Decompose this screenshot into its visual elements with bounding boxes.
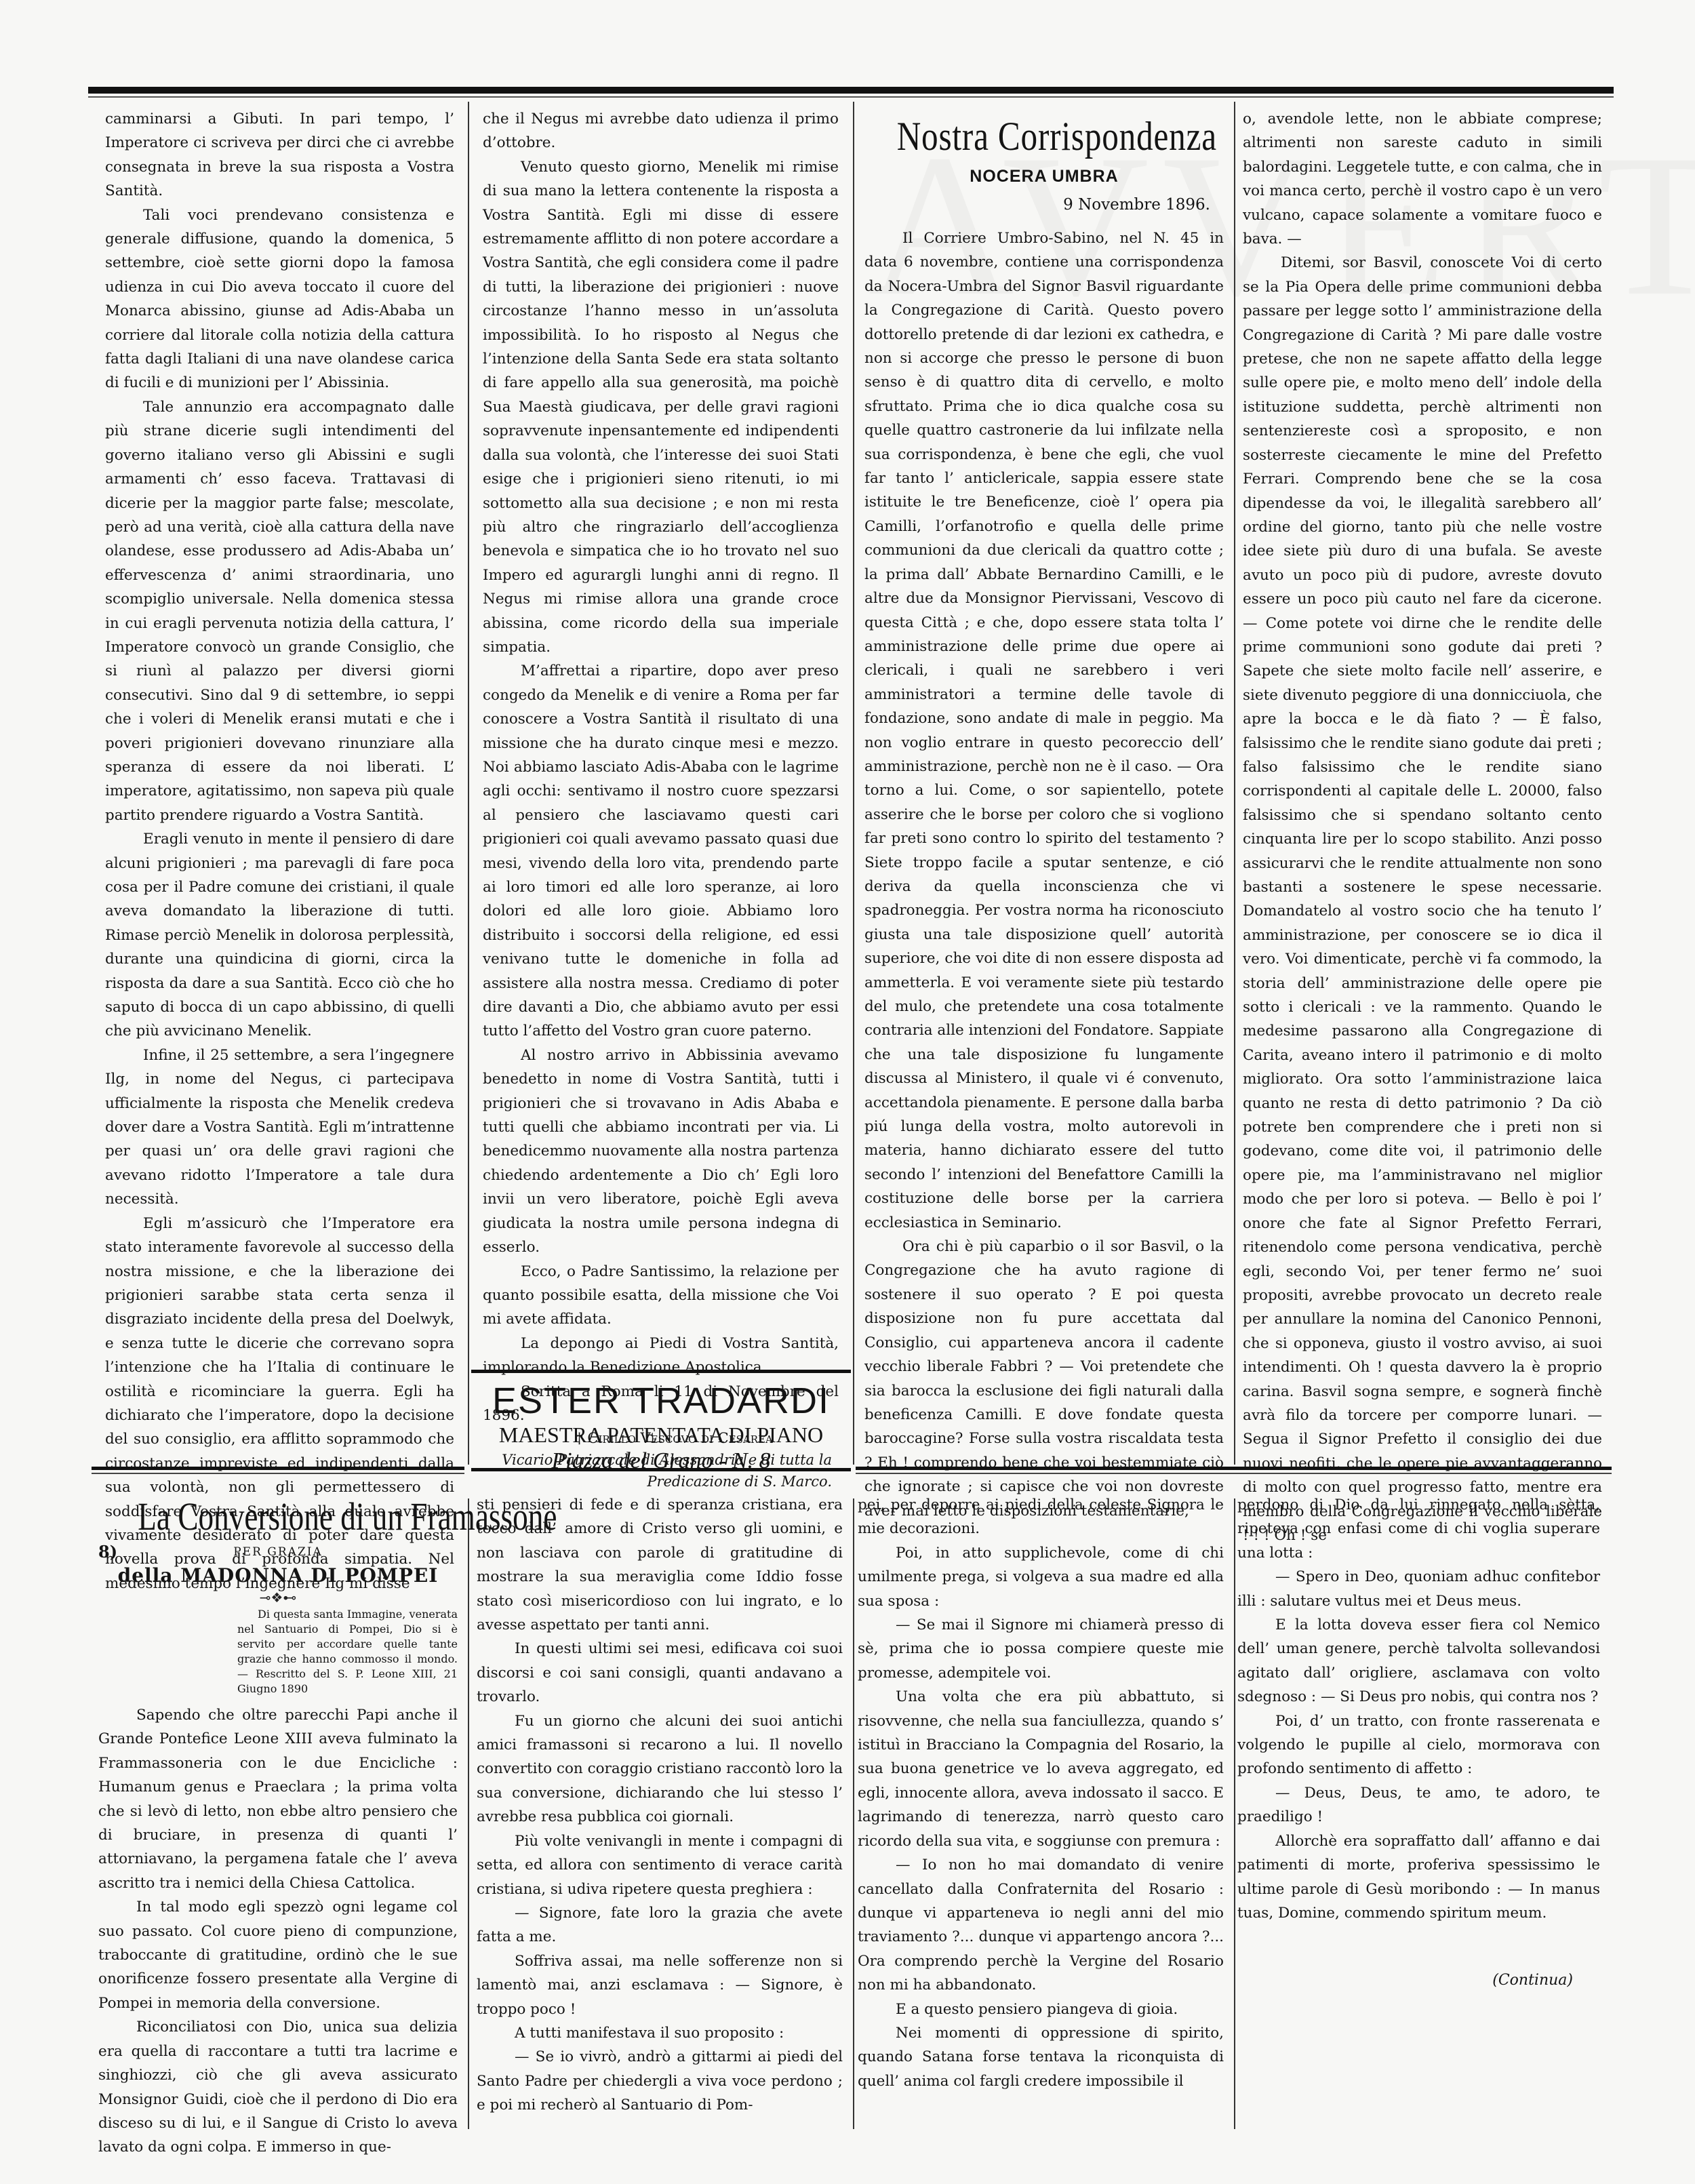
paragraph: — Spero in Deo, quoniam adhuc confitebor… xyxy=(1237,1565,1600,1613)
section-location: NOCERA UMBRA xyxy=(864,164,1224,188)
paragraph: — Deus, Deus, te amo, te adoro, te praed… xyxy=(1237,1781,1600,1829)
column-rule xyxy=(468,102,469,1465)
paragraph: Ora chi è più caparbio o il sor Basvil, … xyxy=(864,1235,1224,1523)
paragraph: Infine, il 25 settembre, a sera l’ingegn… xyxy=(105,1044,454,1212)
letter-column-1: camminarsi a Gibuti. In pari tempo, l’ I… xyxy=(105,107,454,1595)
part-number: 8) xyxy=(98,1541,139,1564)
top-rule xyxy=(88,87,1614,94)
section-divider-thin xyxy=(92,1473,464,1474)
per-grazia-label: PER GRAZIA xyxy=(139,1541,417,1564)
paragraph: Nei momenti di oppressione di spirito, q… xyxy=(858,2021,1224,2093)
paragraph: Allorchè era sopraffatto dall’ affanno e… xyxy=(1237,1829,1600,1926)
ad-bottom-rule xyxy=(471,1468,851,1471)
column-rule xyxy=(853,102,854,1465)
paragraph: Soffriva assai, ma nelle sofferenze non … xyxy=(477,1949,843,2021)
paragraph: E a questo pensiero piangeva di gioia. xyxy=(858,1998,1224,2021)
correspondence-column-3: Nostra Corrispondenza NOCERA UMBRA 9 Nov… xyxy=(864,102,1224,1523)
section-divider xyxy=(92,1467,464,1470)
paragraph: Riconciliatosi con Dio, unica sua delizi… xyxy=(98,2015,458,2159)
ad-subtitle: MAESTRA PATENTATA DI PIANO xyxy=(471,1422,851,1448)
ad-top-rule xyxy=(471,1370,851,1373)
paragraph: Eragli venuto in mente il pensiero di da… xyxy=(105,827,454,1044)
serial-title: La Conversione di un Framassone xyxy=(138,1494,418,1539)
paragraph: In tal modo egli spezzò ogni legame col … xyxy=(98,1895,458,2015)
paragraph: Più volte venivangli in mente i compagni… xyxy=(477,1829,843,1901)
ornament-icon: ⊸❖⊷ xyxy=(98,1588,458,1607)
correspondence-column-4: o, avendole lette, non le abbiate compre… xyxy=(1243,107,1602,1547)
paragraph: camminarsi a Gibuti. In pari tempo, l’ I… xyxy=(105,107,454,203)
paragraph: — Io non ho mai domandato di venire canc… xyxy=(858,1853,1224,1997)
paragraph: Venuto questo giorno, Menelik mi rimise … xyxy=(483,155,839,660)
paragraph: E la lotta doveva esser fiera col Nemico… xyxy=(1237,1613,1600,1709)
epigraph: Di questa santa Immagine, venerata nel S… xyxy=(237,1607,458,1696)
paragraph: Sapendo che oltre parecchi Papi anche il… xyxy=(98,1703,458,1895)
column-rule xyxy=(1234,1498,1235,2129)
section-divider-thin xyxy=(856,1473,1612,1474)
paragraph: che il Negus mi avrebbe dato udienza il … xyxy=(483,107,839,155)
madonna-heading: della MADONNA DI POMPEI xyxy=(98,1564,458,1588)
dateline: 9 Novembre 1896. xyxy=(864,193,1224,217)
paragraph: Il Corriere Umbro-Sabino, nel N. 45 in d… xyxy=(864,226,1224,1235)
paragraph: sti pensieri di fede e di speranza crist… xyxy=(477,1493,843,1637)
paragraph: — Se mai il Signore mi chiamerà presso d… xyxy=(858,1613,1224,1685)
serial-column-1: La Conversione di un Framassone 8) PER G… xyxy=(98,1492,458,2160)
paragraph: — Se io vivrò, andrò a gittarmi ai piedi… xyxy=(477,2045,843,2117)
paragraph: Fu un giorno che alcuni dei suoi antichi… xyxy=(477,1709,843,1829)
serial-column-4: perdono di Dio da lui rinnegato nella sè… xyxy=(1237,1493,1600,1993)
continua-label: (Continua) xyxy=(1237,1968,1600,1992)
serial-part-row: 8) PER GRAZIA xyxy=(98,1541,458,1564)
paragraph: Una volta che era più abbattuto, si riso… xyxy=(858,1685,1224,1853)
paragraph: In questi ultimi sei mesi, edificava coi… xyxy=(477,1637,843,1709)
paragraph: Poi, in atto supplichevole, come di chi … xyxy=(858,1541,1224,1613)
section-title: Nostra Corrispondenza xyxy=(897,113,1192,160)
paragraph: — Signore, fate loro la grazia che avete… xyxy=(477,1901,843,1949)
column-rule xyxy=(468,1498,469,2129)
column-rule xyxy=(1234,102,1235,1465)
serial-column-2: sti pensieri di fede e di speranza crist… xyxy=(477,1493,843,2118)
section-divider xyxy=(856,1467,1612,1470)
paragraph: Ditemi, sor Basvil, conoscete Voi di cer… xyxy=(1243,251,1602,1547)
advertisement-box: ESTER TRADARDI MAESTRA PATENTATA DI PIAN… xyxy=(471,1380,851,1475)
column-rule xyxy=(853,1498,854,2129)
ad-name: ESTER TRADARDI xyxy=(471,1380,851,1422)
paragraph: pei, per deporre ai piedi della celeste … xyxy=(858,1493,1224,1541)
paragraph: Tale annunzio era accompagnato dalle più… xyxy=(105,395,454,827)
paragraph: o, avendole lette, non le abbiate compre… xyxy=(1243,107,1602,251)
paragraph: A tutti manifestava il suo proposito : xyxy=(477,2021,843,2045)
paragraph: Al nostro arrivo in Abbissinia avevamo b… xyxy=(483,1044,839,1260)
paragraph: Ecco, o Padre Santissimo, la relazione p… xyxy=(483,1260,839,1332)
top-rule-thin xyxy=(88,96,1614,98)
letter-column-2: che il Negus mi avrebbe dato udienza il … xyxy=(483,107,839,1492)
paragraph: perdono di Dio da lui rinnegato nella sè… xyxy=(1237,1493,1600,1565)
serial-column-3: pei, per deporre ai piedi della celeste … xyxy=(858,1493,1224,2093)
paragraph: M’affrettai a ripartire, dopo aver preso… xyxy=(483,659,839,1044)
paragraph: Poi, d’ un tratto, con fronte rasserenat… xyxy=(1237,1709,1600,1781)
paragraph: Tali voci prendevano consistenza e gener… xyxy=(105,203,454,395)
